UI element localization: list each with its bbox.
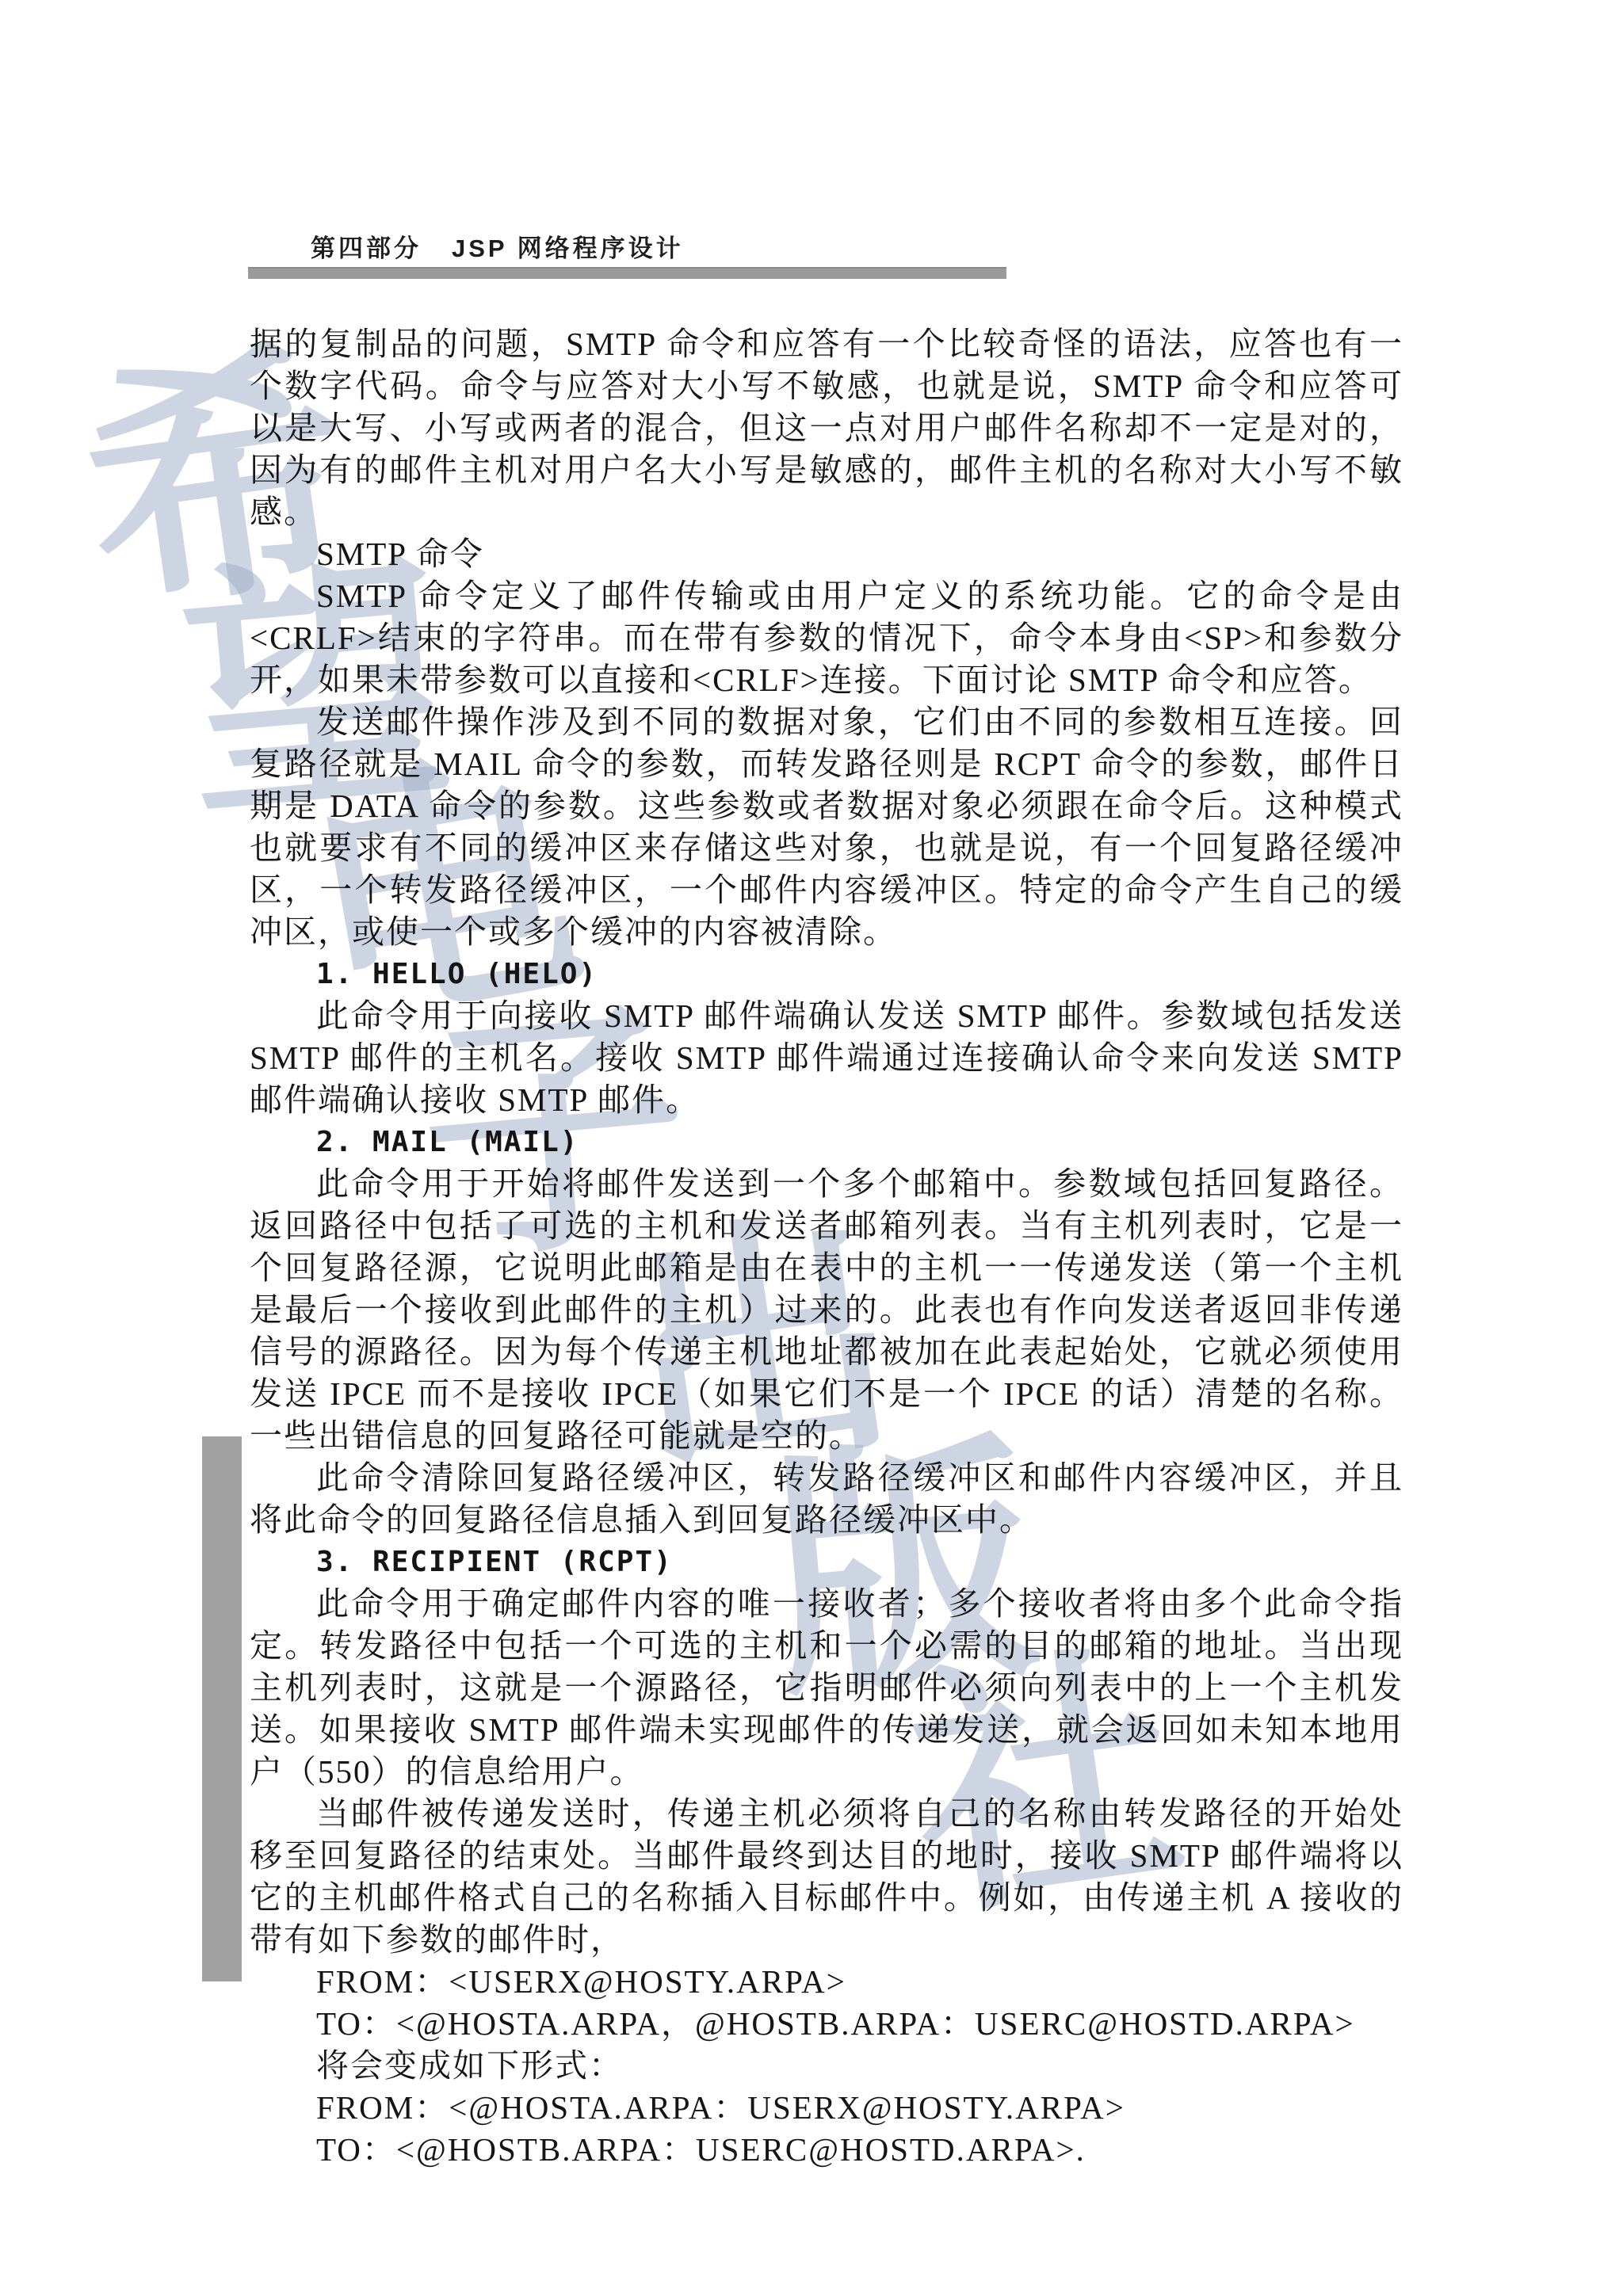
paragraph-continuation: 据的复制品的问题，SMTP 命令和应答有一个比较奇怪的语法，应答也有一个数字代码… [250, 323, 1403, 533]
running-head-title: JSP 网络程序设计 [452, 235, 684, 262]
body-text-column: 据的复制品的问题，SMTP 命令和应答有一个比较奇怪的语法，应答也有一个数字代码… [250, 323, 1403, 2171]
paragraph-recipient-command: 此命令用于确定邮件内容的唯一接收者；多个接收者将由多个此命令指定。转发路径中包括… [250, 1583, 1403, 1793]
paragraph-smtp-definition: SMTP 命令定义了邮件传输或由用户定义的系统功能。它的命令是由<CRLF>结束… [250, 575, 1403, 701]
paragraph-mail-buffers: 此命令清除回复路径缓冲区，转发路径缓冲区和邮件内容缓冲区，并且将此命令的回复路径… [250, 1457, 1403, 1541]
paragraph-hello-command: 此命令用于向接收 SMTP 邮件端确认发送 SMTP 邮件。参数域包括发送 SM… [250, 995, 1403, 1121]
example-from-line: FROM：<USERX@HOSTY.ARPA> [250, 1961, 1403, 2003]
paragraph-mail-command: 此命令用于开始将邮件发送到一个多个邮箱中。参数域包括回复路径。返回路径中包括了可… [250, 1163, 1403, 1457]
example-to-line: TO：<@HOSTA.ARPA，@HOSTB.ARPA：USERC@HOSTD.… [250, 2003, 1403, 2045]
left-margin-bar [202, 1436, 242, 1981]
book-page: 希 望 电 子 出 版 社 第四部分JSP 网络程序设计 据的复制品的问题，SM… [0, 0, 1623, 2296]
running-head: 第四部分JSP 网络程序设计 [311, 228, 684, 264]
header-rule [248, 267, 1006, 279]
mail-command-heading: 2. MAIL (MAIL) [250, 1121, 1403, 1163]
example-transform-label: 将会变成如下形式： [250, 2045, 1403, 2087]
running-head-part-number: 第四部分 [311, 235, 422, 262]
recipient-command-heading: 3. RECIPIENT (RCPT) [250, 1541, 1403, 1583]
example-from-line-result: FROM：<@HOSTA.ARPA：USERX@HOSTY.ARPA> [250, 2087, 1403, 2129]
smtp-commands-heading: SMTP 命令 [250, 533, 1403, 575]
hello-command-heading: 1. HELLO (HELO) [250, 953, 1403, 995]
paragraph-relay-example-intro: 当邮件被传递发送时，传递主机必须将自己的名称由转发路径的开始处移至回复路径的结束… [250, 1793, 1403, 1961]
example-to-line-result: TO：<@HOSTB.ARPA：USERC@HOSTD.ARPA>. [250, 2129, 1403, 2171]
paragraph-send-mail-operation: 发送邮件操作涉及到不同的数据对象，它们由不同的参数相互连接。回复路径就是 MAI… [250, 701, 1403, 953]
